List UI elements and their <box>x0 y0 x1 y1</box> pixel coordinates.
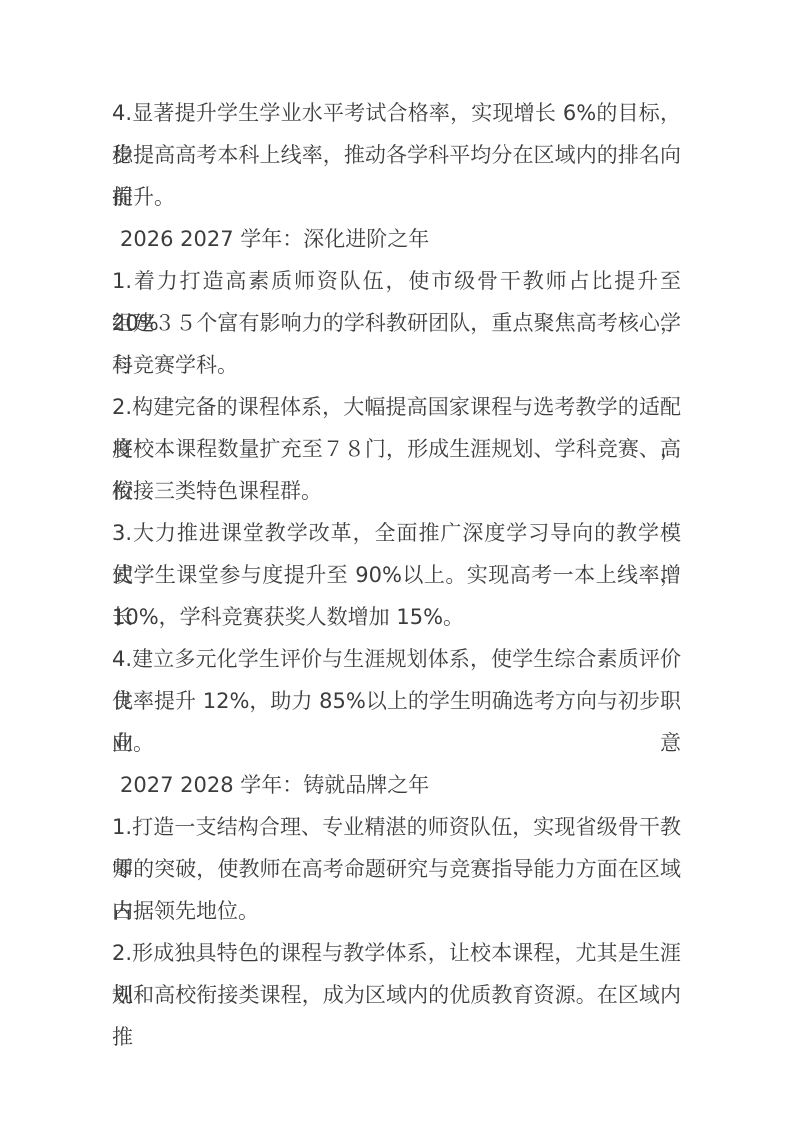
text-line: 2.形成独具特色的课程与教学体系，让校本课程，尤其是生涯规 <box>112 932 681 974</box>
text-line: 4.建立多元化学生评价与生涯规划体系，使学生综合素质评价优 <box>112 638 681 680</box>
text-line: 将校本课程数量扩充至７８门，形成生涯规划、学科竞赛、高校 <box>112 428 681 470</box>
text-line: 10%，学科竞赛获奖人数增加 15%。 <box>112 596 681 638</box>
text-line: 3.大力推进课堂教学改革，全面推广深度学习导向的教学模式， <box>112 512 681 554</box>
text-line: 步提高高考本科上线率，推动各学科平均分在区域内的排名向前 <box>112 134 681 176</box>
text-line: 良率提升 12%，助力 85%以上的学生明确选考方向与初步职业意 <box>112 680 681 722</box>
heading-line: 2026 2027 学年：深化进阶之年 <box>112 218 681 260</box>
text-line: 与竞赛学科。 <box>112 344 681 386</box>
text-line: 零的突破，使教师在高考命题研究与竞赛指导能力方面在区域内 <box>112 848 681 890</box>
text-line: 1.打造一支结构合理、专业精湛的师资队伍，实现省级骨干教师 <box>112 806 681 848</box>
text-line: 4.显著提升学生学业水平考试合格率，实现增长 6%的目标，稳 <box>112 92 681 134</box>
text-line: 1.着力打造高素质师资队伍，使市级骨干教师占比提升至 20%， <box>112 260 681 302</box>
text-line: 组建３５个富有影响力的学科教研团队，重点聚焦高考核心学科 <box>112 302 681 344</box>
text-line: 提升。 <box>112 176 681 218</box>
text-line: 占据领先地位。 <box>112 890 681 932</box>
text-line: 衔接三类特色课程群。 <box>112 470 681 512</box>
heading-line: 2027 2028 学年：铸就品牌之年 <box>112 764 681 806</box>
text-line: 2.构建完备的课程体系，大幅提高国家课程与选考教学的适配度， <box>112 386 681 428</box>
text-line: 划和高校衔接类课程，成为区域内的优质教育资源。在区域内推 <box>112 974 681 1016</box>
text-line: 使学生课堂参与度提升至 90%以上。实现高考一本上线率增长 <box>112 554 681 596</box>
document-page: 4.显著提升学生学业水平考试合格率，实现增长 6%的目标，稳步提高高考本科上线率… <box>0 0 793 1122</box>
